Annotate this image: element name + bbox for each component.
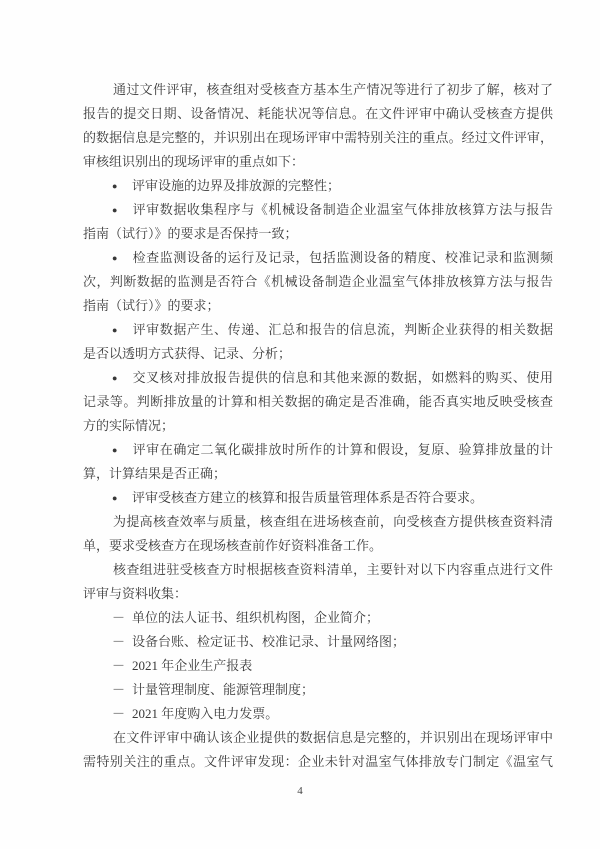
text-line-content: 评审设施的边界及排放源的完整性； (132, 178, 340, 193)
text-line-content: 评审数据收集程序与《机械设备制造企业温室气体排放核算方法与报告 (132, 202, 553, 217)
bullet-icon: ● (112, 174, 132, 198)
dash-icon: － (112, 654, 132, 678)
text-line-content: 2021 年度购入电力发票。 (132, 706, 278, 721)
bullet-icon: ● (112, 486, 132, 510)
text-line: 记录等。判断排放量的计算和相关数据的确定是否准确，能否真实地反映受核查 (83, 390, 553, 414)
text-line: 算，计算结果是否正确； (83, 462, 553, 486)
text-line: ●检查监测设备的运行及记录，包括监测设备的精度、校准记录和监测频 (83, 246, 553, 270)
text-line: 次，判断数据的监测是否符合《机械设备制造企业温室气体排放核算方法与报告 (83, 270, 553, 294)
text-line: 指南（试行）》的要求是否保持一致； (83, 222, 553, 246)
text-line: 是否以透明方式获得、记录、分析； (83, 342, 553, 366)
text-line: ●评审数据产生、传递、汇总和报告的信息流，判断企业获得的相关数据 (83, 318, 553, 342)
text-line: 单，要求受核查方在现场核查前作好资料准备工作。 (83, 534, 553, 558)
text-line-content: 评审数据产生、传递、汇总和报告的信息流，判断企业获得的相关数据 (132, 322, 553, 337)
text-line: 核查组进驻受核查方时根据核查资料清单，主要针对以下内容重点进行文件 (83, 558, 553, 582)
dash-icon: － (112, 678, 132, 702)
page-number: 4 (0, 783, 600, 799)
text-line: 评审与资料收集： (83, 582, 553, 606)
text-line: 的数据信息是完整的，并识别出在现场评审中需特别关注的重点。经过文件评审， (83, 126, 553, 150)
dash-icon: － (112, 630, 132, 654)
text-line: 指南（试行）》的要求； (83, 294, 553, 318)
text-line: －设备台账、检定证书、校准记录、计量网络图； (83, 630, 553, 654)
text-line: 报告的提交日期、设备情况、耗能状况等信息。在文件评审中确认受核查方提供 (83, 102, 553, 126)
text-line-content: 评审在确定二氧化碳排放时所作的计算和假设，复原、验算排放量的计 (132, 442, 553, 457)
text-line-content: 单位的法人证书、组织机构图，企业简介； (132, 610, 379, 625)
text-line-content: 计量管理制度、能源管理制度； (132, 682, 314, 697)
bullet-icon: ● (112, 198, 132, 222)
dash-icon: － (112, 702, 132, 726)
bullet-icon: ● (112, 246, 132, 270)
dash-icon: － (112, 606, 132, 630)
text-line: －2021 年企业生产报表 (83, 654, 553, 678)
text-line: 需特别关注的重点。文件评审发现：企业未针对温室气体排放专门制定《温室气 (83, 750, 553, 774)
text-line: ●评审受核查方建立的核算和报告质量管理体系是否符合要求。 (83, 486, 553, 510)
text-line: －计量管理制度、能源管理制度； (83, 678, 553, 702)
bullet-icon: ● (112, 366, 132, 390)
text-line: 审核组识别出的现场评审的重点如下： (83, 150, 553, 174)
text-line-content: 检查监测设备的运行及记录，包括监测设备的精度、校准记录和监测频 (132, 250, 553, 265)
document-page: 通过文件评审，核查组对受核查方基本生产情况等进行了初步了解，核对了报告的提交日期… (0, 0, 600, 849)
text-line: 为提高核查效率与质量，核查组在进场核查前，向受核查方提供核查资料清 (83, 510, 553, 534)
text-line: ●评审在确定二氧化碳排放时所作的计算和假设，复原、验算排放量的计 (83, 438, 553, 462)
text-line-content: 交叉核对排放报告提供的信息和其他来源的数据，如燃料的购买、使用 (132, 370, 553, 385)
text-line: －2021 年度购入电力发票。 (83, 702, 553, 726)
bullet-icon: ● (112, 318, 132, 342)
text-line: ●交叉核对排放报告提供的信息和其他来源的数据，如燃料的购买、使用 (83, 366, 553, 390)
text-line: ●评审设施的边界及排放源的完整性； (83, 174, 553, 198)
text-line-content: 设备台账、检定证书、校准记录、计量网络图； (132, 634, 405, 649)
bullet-icon: ● (112, 438, 132, 462)
text-line: ●评审数据收集程序与《机械设备制造企业温室气体排放核算方法与报告 (83, 198, 553, 222)
text-line: 在文件评审中确认该企业提供的数据信息是完整的，并识别出在现场评审中 (83, 726, 553, 750)
document-body: 通过文件评审，核查组对受核查方基本生产情况等进行了初步了解，核对了报告的提交日期… (83, 78, 553, 774)
text-line-content: 2021 年企业生产报表 (132, 658, 252, 673)
text-line: 方的实际情况； (83, 414, 553, 438)
text-line: 通过文件评审，核查组对受核查方基本生产情况等进行了初步了解，核对了 (83, 78, 553, 102)
text-line-content: 评审受核查方建立的核算和报告质量管理体系是否符合要求。 (132, 490, 483, 505)
text-line: －单位的法人证书、组织机构图，企业简介； (83, 606, 553, 630)
